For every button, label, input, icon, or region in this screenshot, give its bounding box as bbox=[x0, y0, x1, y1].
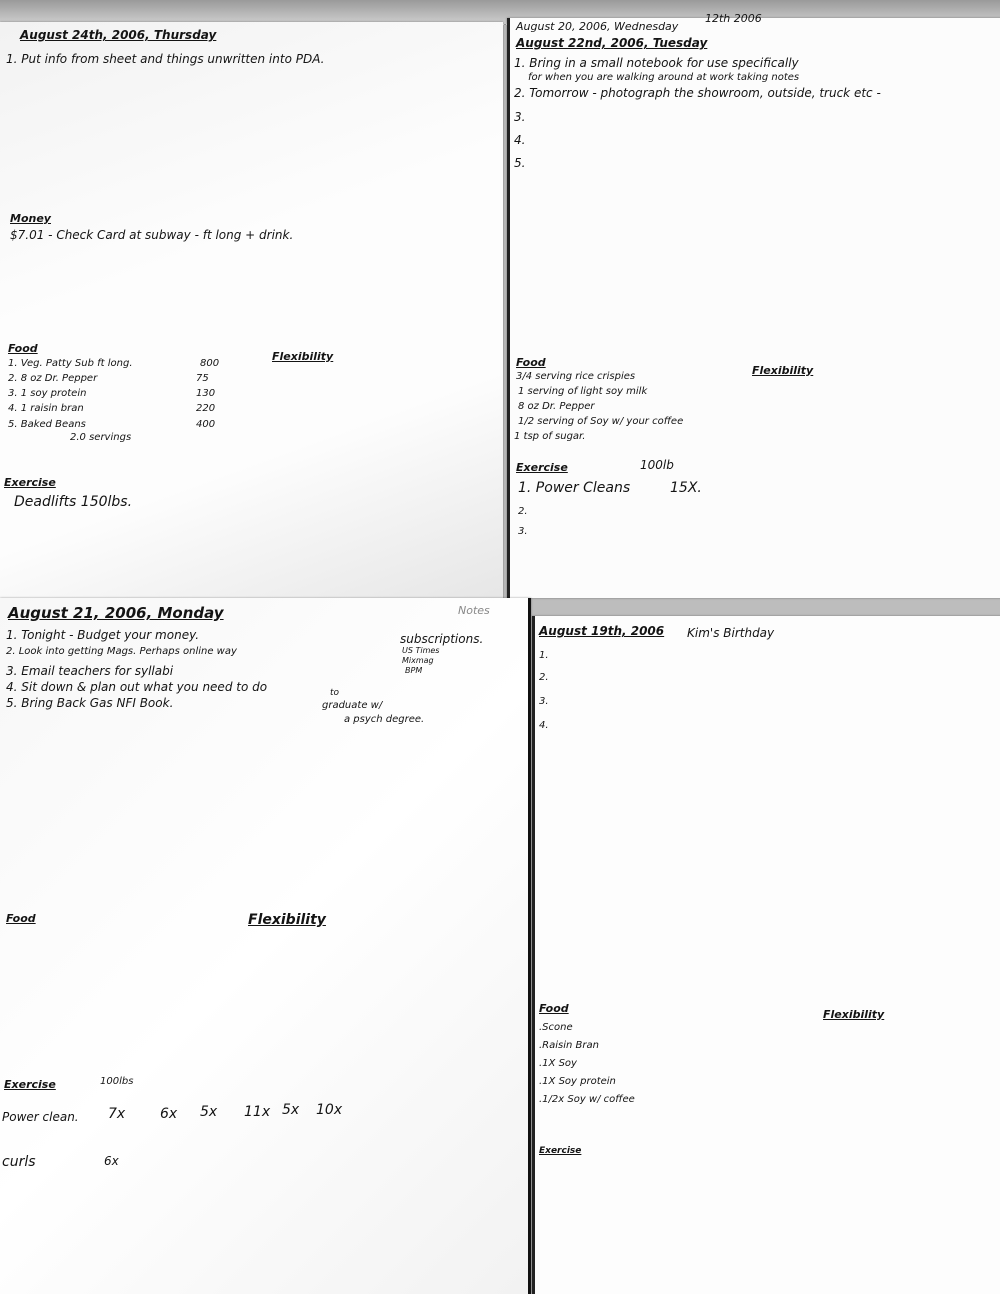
todo-item: 1. bbox=[539, 650, 549, 661]
todo-continuation: a psych degree. bbox=[344, 714, 424, 725]
todo-continuation: to bbox=[330, 688, 339, 698]
food-item: .Raisin Bran bbox=[539, 1040, 599, 1051]
planner-page-aug-24: August 24th, 2006, Thursday 1. Put info … bbox=[0, 22, 503, 600]
page-date: August 19th, 2006 bbox=[539, 624, 664, 638]
todo-item: 3. bbox=[514, 110, 525, 124]
exercise-weight: 100lb bbox=[640, 458, 674, 472]
flexibility-heading: Flexibility bbox=[248, 912, 326, 928]
food-heading: Food bbox=[8, 342, 38, 355]
food-item: 1. Veg. Patty Sub ft long. bbox=[8, 358, 133, 369]
exercise-heading: Exercise bbox=[4, 1078, 56, 1091]
side-note: subscriptions. bbox=[400, 632, 483, 646]
food-item: 3. 1 soy protein bbox=[8, 388, 86, 399]
todo-item: 3. bbox=[539, 696, 549, 707]
todo-continuation: graduate w/ bbox=[322, 700, 382, 711]
food-heading: Food bbox=[6, 912, 36, 925]
money-heading: Money bbox=[10, 212, 51, 225]
todo-item: 2. Tomorrow - photograph the showroom, o… bbox=[514, 86, 881, 100]
food-item: 8 oz Dr. Pepper bbox=[518, 401, 594, 412]
todo-item: 1. Tonight - Budget your money. bbox=[6, 628, 199, 642]
todo-item: 3. Email teachers for syllabi bbox=[6, 664, 173, 678]
todo-item: 4. Sit down & plan out what you need to … bbox=[6, 680, 267, 694]
page-event: Kim's Birthday bbox=[687, 626, 774, 640]
exercise-weight: 100lbs bbox=[100, 1076, 133, 1087]
food-item: 4. 1 raisin bran bbox=[8, 403, 84, 414]
todo-item: 2. Look into getting Mags. Perhaps onlin… bbox=[6, 646, 237, 657]
flexibility-heading: Flexibility bbox=[752, 364, 813, 377]
planner-page-aug-22: August 20, 2006, Wednesday 12th 2006 Aug… bbox=[507, 18, 1000, 598]
planner-page-aug-21: August 21, 2006, Monday Notes 1. Tonight… bbox=[0, 598, 531, 1294]
food-item: .1X Soy bbox=[539, 1058, 577, 1069]
exercise-set: 11x bbox=[244, 1104, 270, 1120]
food-heading: Food bbox=[539, 1002, 569, 1015]
exercise-heading: Exercise bbox=[516, 461, 568, 474]
planner-page-aug-19: August 19th, 2006 Kim's Birthday 1. 2. 3… bbox=[532, 616, 1000, 1294]
todo-item: 2. bbox=[539, 672, 549, 683]
page-date: August 21, 2006, Monday bbox=[8, 604, 224, 622]
exercise-set: 10x bbox=[316, 1102, 342, 1118]
exercise-heading: Exercise bbox=[4, 476, 56, 489]
food-heading: Food bbox=[516, 356, 546, 369]
food-item: .1X Soy protein bbox=[539, 1076, 616, 1087]
food-item: 1/2 serving of Soy w/ your coffee bbox=[518, 416, 683, 427]
food-calories: 130 bbox=[196, 388, 215, 399]
exercise-heading: Exercise bbox=[539, 1146, 581, 1156]
exercise-label: Power clean. bbox=[2, 1110, 79, 1124]
todo-item: 1. Put info from sheet and things unwrit… bbox=[6, 52, 324, 66]
side-note: Mixmag bbox=[402, 656, 434, 665]
food-calories: 800 bbox=[200, 358, 219, 369]
exercise-set: 5x bbox=[200, 1104, 217, 1120]
todo-item: 1. Bring in a small notebook for use spe… bbox=[514, 56, 799, 70]
food-item: 3/4 serving rice crispies bbox=[516, 371, 635, 382]
money-entry: $7.01 - Check Card at subway - ft long +… bbox=[10, 228, 293, 242]
exercise-set: 5x bbox=[282, 1102, 299, 1118]
back-page-overwrite: 12th 2006 bbox=[705, 12, 762, 25]
exercise-entry: 3. bbox=[518, 526, 528, 537]
exercise-reps: 15X. bbox=[670, 480, 702, 496]
flexibility-heading: Flexibility bbox=[823, 1008, 884, 1021]
flexibility-heading: Flexibility bbox=[272, 350, 333, 363]
exercise-entry: 2. bbox=[518, 506, 528, 517]
food-item: 2. 8 oz Dr. Pepper bbox=[8, 373, 97, 384]
food-item: .Scone bbox=[539, 1022, 573, 1033]
exercise-entry: Deadlifts 150lbs. bbox=[14, 494, 132, 510]
food-item: 1 tsp of sugar. bbox=[514, 431, 585, 442]
exercise-entry: 1. Power Cleans bbox=[518, 480, 630, 496]
exercise-set: 7x bbox=[108, 1106, 125, 1122]
side-note: BPM bbox=[405, 666, 422, 675]
exercise-label: curls bbox=[2, 1154, 36, 1170]
notes-corner-label: Notes bbox=[458, 604, 490, 617]
exercise-set: 6x bbox=[104, 1154, 119, 1168]
food-calories: 400 bbox=[196, 419, 215, 430]
page-date: August 22nd, 2006, Tuesday bbox=[516, 36, 707, 50]
exercise-set: 6x bbox=[160, 1106, 177, 1122]
todo-item: 4. bbox=[539, 720, 549, 731]
side-note: US Times bbox=[402, 646, 439, 655]
food-item: 5. Baked Beans bbox=[8, 419, 86, 430]
back-page-date: August 20, 2006, Wednesday bbox=[516, 20, 678, 33]
food-calories: 220 bbox=[196, 403, 215, 414]
food-item: .1/2x Soy w/ coffee bbox=[539, 1094, 635, 1105]
food-item: 1 serving of light soy milk bbox=[518, 386, 647, 397]
food-note: 2.0 servings bbox=[70, 432, 131, 443]
todo-item: 5. bbox=[514, 156, 525, 170]
page-date: August 24th, 2006, Thursday bbox=[20, 28, 216, 42]
todo-item: 4. bbox=[514, 133, 525, 147]
todo-item-cont: for when you are walking around at work … bbox=[528, 72, 799, 83]
todo-item: 5. Bring Back Gas NFI Book. bbox=[6, 696, 173, 710]
food-calories: 75 bbox=[196, 373, 209, 384]
